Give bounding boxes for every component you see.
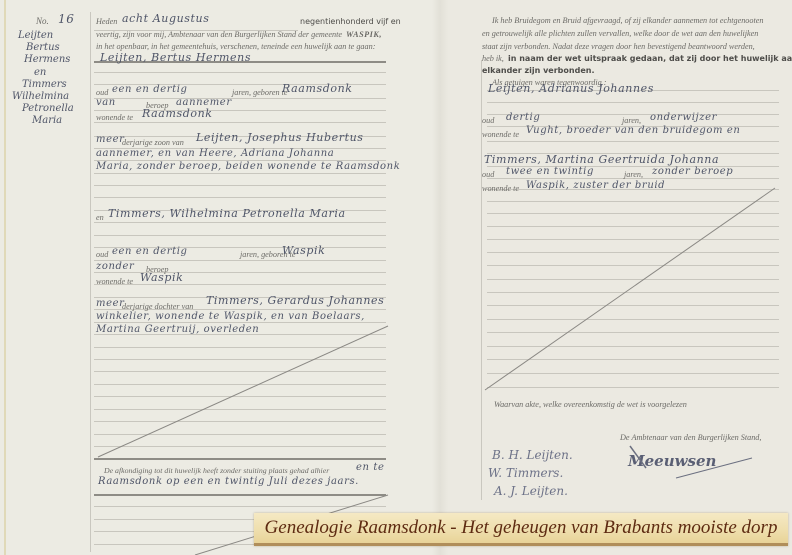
- watermark-text: Genealogie Raamsdonk - Het geheugen van …: [254, 513, 788, 542]
- signature-flourish-icon: [0, 0, 792, 555]
- watermark-banner: Genealogie Raamsdonk - Het geheugen van …: [254, 513, 788, 546]
